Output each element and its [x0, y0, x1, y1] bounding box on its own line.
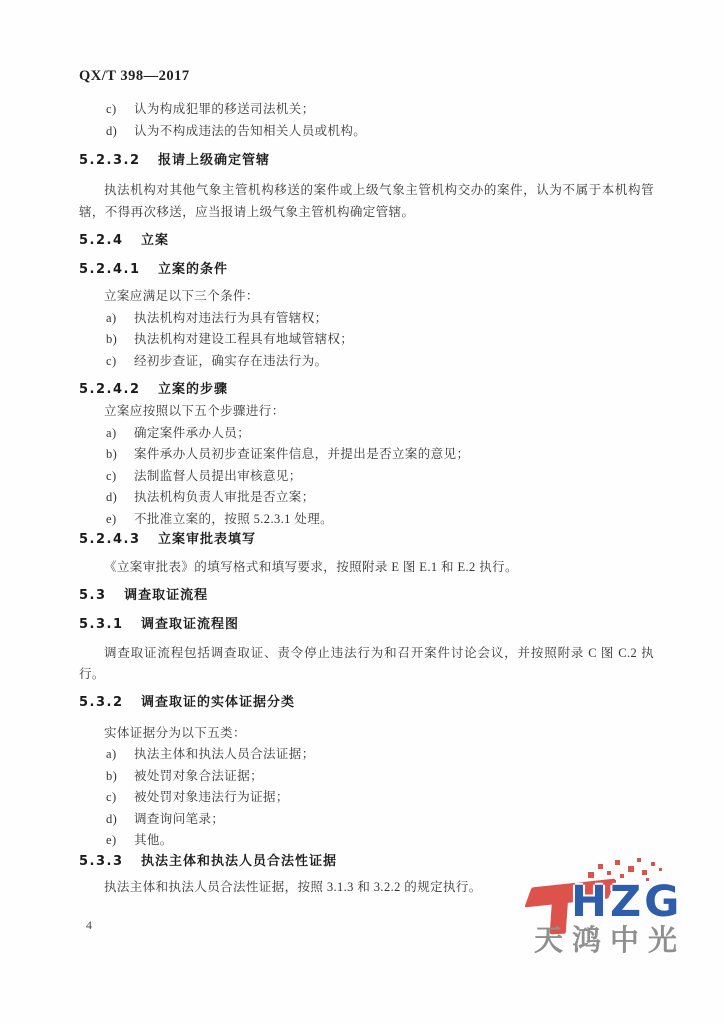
- section-heading: 5.2.4.2 立案的步骤: [79, 381, 654, 398]
- list-marker: b): [106, 766, 134, 788]
- list-marker: e): [106, 830, 134, 852]
- list-item: e) 不批准立案的，按照 5.2.3.1 处理。: [79, 509, 654, 531]
- list-item: b) 被处罚对象合法证据；: [79, 766, 654, 788]
- logo-company-name: 天鸿中光: [534, 926, 686, 955]
- section-title: 立案: [141, 233, 169, 248]
- standard-number-header: QX/T 398—2017: [79, 67, 654, 85]
- list-item: d) 执法机构负责人审批是否立案；: [79, 487, 654, 509]
- section-heading: 5.3 调查取证流程: [79, 587, 654, 604]
- list-marker: b): [106, 444, 134, 466]
- paragraph: 立案应按照以下五个步骤进行：: [79, 401, 654, 423]
- section-number: 5.2.4.3: [79, 532, 141, 547]
- logo-letters-hzg: HZG: [571, 881, 682, 924]
- list-item: a) 执法机构对违法行为具有管辖权；: [79, 308, 654, 330]
- list-marker: d): [106, 121, 134, 143]
- paragraph: 执法机构对其他气象主管机构移送的案件或上级气象主管机构交办的案件，认为不属于本机…: [79, 180, 654, 223]
- list-item: d) 认为不构成违法的告知相关人员或机构。: [79, 121, 654, 143]
- section-number: 5.3: [79, 588, 107, 603]
- section-title: 立案的条件: [158, 262, 228, 277]
- list-marker: a): [106, 744, 134, 766]
- section-heading: 5.3.2 调查取证的实体证据分类: [79, 694, 654, 711]
- list-marker: c): [106, 466, 134, 488]
- list-text: 执法机构对建设工程具有地域管辖权；: [134, 329, 654, 351]
- list-text: 被处罚对象违法行为证据；: [134, 787, 654, 809]
- list-item: c) 经初步查证，确实存在违法行为。: [79, 351, 654, 373]
- paragraph: 实体证据分为以下五类：: [79, 723, 654, 745]
- section-heading: 5.2.4.3 立案审批表填写: [79, 531, 654, 548]
- list-marker: b): [106, 329, 134, 351]
- list-item: a) 确定案件承办人员；: [79, 423, 654, 445]
- section-number: 5.2.3.2: [79, 153, 141, 168]
- list-text: 其他。: [134, 830, 654, 852]
- list-item: a) 执法主体和执法人员合法证据；: [79, 744, 654, 766]
- list-marker: a): [106, 308, 134, 330]
- list-text: 认为构成犯罪的移送司法机关；: [134, 99, 654, 121]
- list-text: 执法机构对违法行为具有管辖权；: [134, 308, 654, 330]
- section-title: 报请上级确定管辖: [158, 153, 270, 168]
- list-text: 调查询问笔录；: [134, 809, 654, 831]
- section-number: 5.3.1: [79, 617, 124, 632]
- section-heading: 5.2.4 立案: [79, 232, 654, 249]
- list-text: 确定案件承办人员；: [134, 423, 654, 445]
- section-number: 5.2.4.2: [79, 382, 141, 397]
- list-text: 认为不构成违法的告知相关人员或机构。: [134, 121, 654, 143]
- list-text: 被处罚对象合法证据；: [134, 766, 654, 788]
- list-item: c) 被处罚对象违法行为证据；: [79, 787, 654, 809]
- page-number: 4: [86, 918, 92, 933]
- section-title: 调查取证的实体证据分类: [141, 695, 295, 710]
- section-number: 5.3.2: [79, 695, 124, 710]
- list-marker: c): [106, 99, 134, 121]
- list-text: 案件承办人员初步查证案件信息，并提出是否立案的意见；: [134, 444, 654, 466]
- section-heading: 5.2.4.1 立案的条件: [79, 261, 654, 278]
- list-marker: e): [106, 509, 134, 531]
- list-text: 经初步查证，确实存在违法行为。: [134, 351, 654, 373]
- list-marker: c): [106, 351, 134, 373]
- paragraph: 立案应满足以下三个条件：: [79, 286, 654, 308]
- list-item: c) 认为构成犯罪的移送司法机关；: [79, 99, 654, 121]
- list-text: 执法主体和执法人员合法证据；: [134, 744, 654, 766]
- list-item: b) 执法机构对建设工程具有地域管辖权；: [79, 329, 654, 351]
- section-number: 5.3.3: [79, 854, 124, 869]
- section-title: 立案审批表填写: [158, 532, 256, 547]
- list-item: c) 法制监督人员提出审核意见；: [79, 466, 654, 488]
- thzg-logo: HZG 天鸿中光: [524, 856, 720, 964]
- section-title: 调查取证流程: [124, 588, 208, 603]
- section-heading: 5.3.1 调查取证流程图: [79, 616, 654, 633]
- section-heading: 5.2.3.2 报请上级确定管辖: [79, 152, 654, 169]
- list-marker: d): [106, 809, 134, 831]
- document-page: QX/T 398—2017 c) 认为构成犯罪的移送司法机关； d) 认为不构成…: [0, 0, 724, 1024]
- list-marker: d): [106, 487, 134, 509]
- paragraph: 调查取证流程包括调查取证、责令停止违法行为和召开案件讨论会议，并按照附录 C 图…: [79, 643, 654, 686]
- section-title: 执法主体和执法人员合法性证据: [141, 854, 337, 869]
- section-number: 5.2.4.1: [79, 262, 141, 277]
- list-marker: a): [106, 423, 134, 445]
- section-title: 调查取证流程图: [141, 617, 239, 632]
- list-item: b) 案件承办人员初步查证案件信息，并提出是否立案的意见；: [79, 444, 654, 466]
- paragraph: 《立案审批表》的填写格式和填写要求，按照附录 E 图 E.1 和 E.2 执行。: [79, 557, 654, 579]
- list-item: e) 其他。: [79, 830, 654, 852]
- list-marker: c): [106, 787, 134, 809]
- list-item: d) 调查询问笔录；: [79, 809, 654, 831]
- list-text: 不批准立案的，按照 5.2.3.1 处理。: [134, 509, 654, 531]
- section-number: 5.2.4: [79, 233, 124, 248]
- document-content: QX/T 398—2017 c) 认为构成犯罪的移送司法机关； d) 认为不构成…: [79, 67, 654, 898]
- list-text: 执法机构负责人审批是否立案；: [134, 487, 654, 509]
- section-title: 立案的步骤: [158, 382, 228, 397]
- list-text: 法制监督人员提出审核意见；: [134, 466, 654, 488]
